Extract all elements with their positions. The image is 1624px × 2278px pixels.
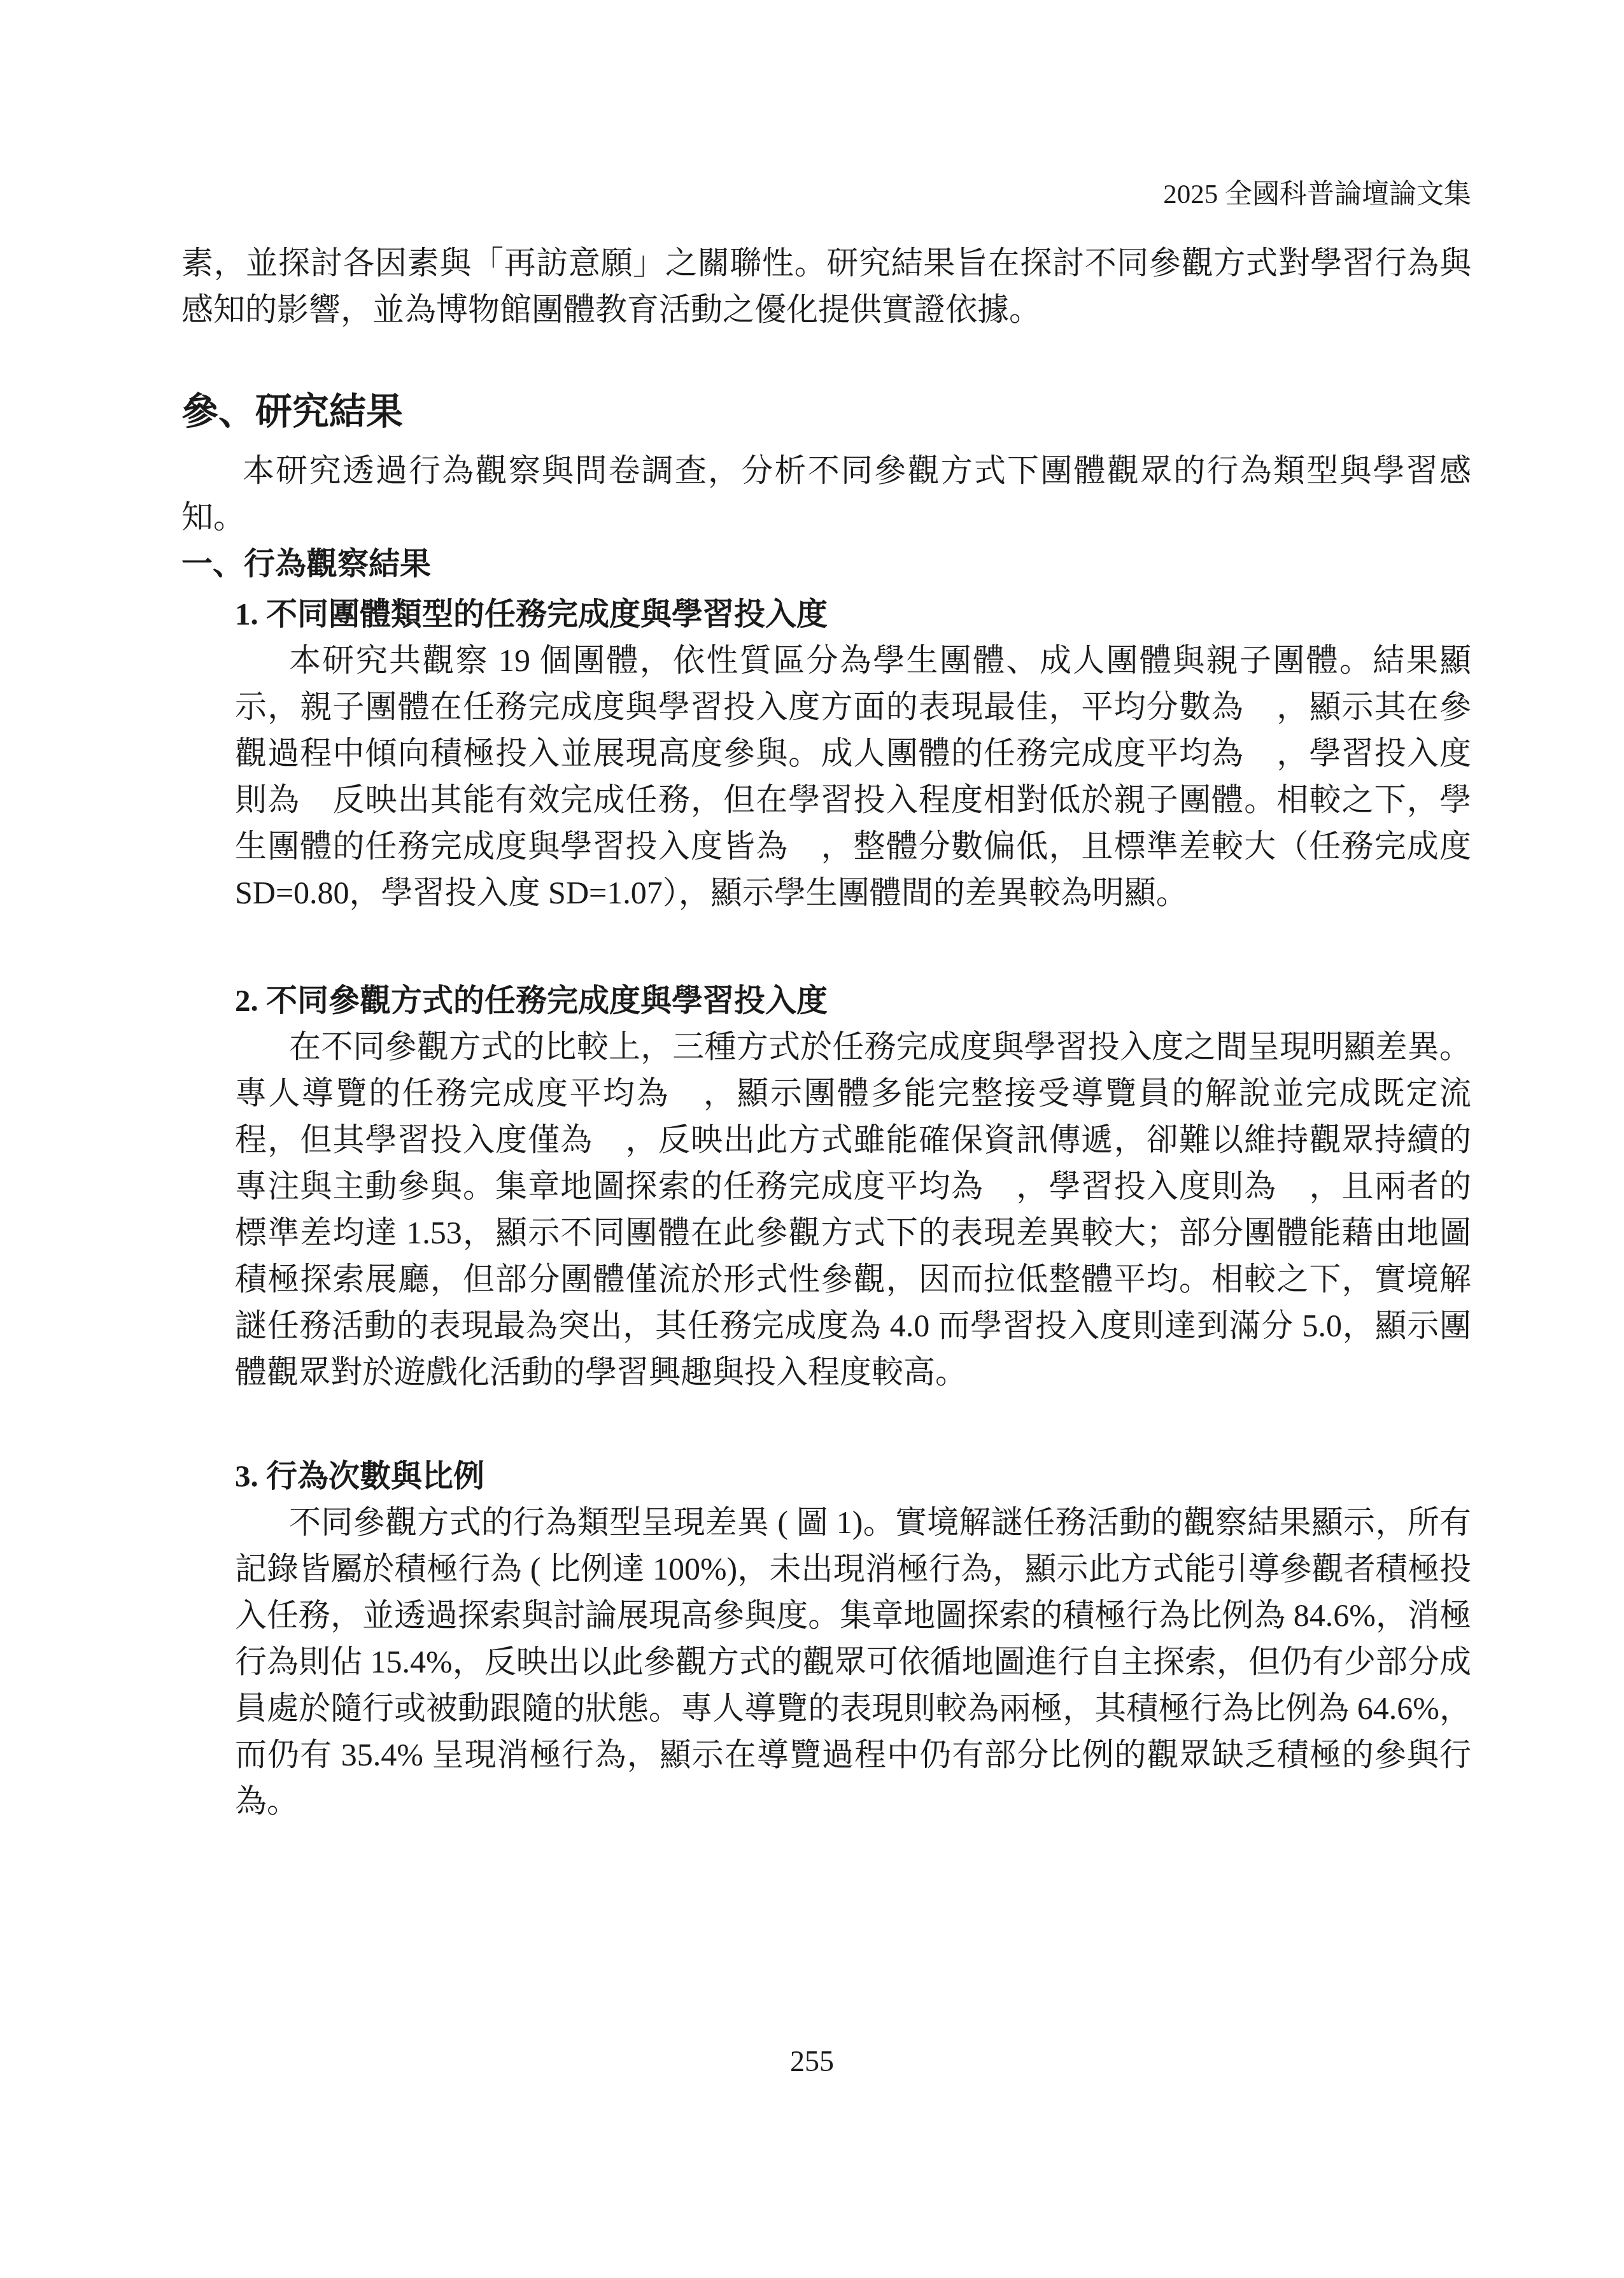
section-heading-results: 參、研究結果 [181,387,403,437]
subsection-3-body: 不同參觀方式的行為類型呈現差異 ( 圖 1)。實境解謎任務活動的觀察結果顯示，所… [235,1499,1471,1825]
page-number: 255 [0,2042,1624,2081]
subsection-3: 3. 行為次數與比例 不同參觀方式的行為類型呈現差異 ( 圖 1)。實境解謎任務… [235,1453,1471,1825]
subsection-heading-behavior-observation: 一、行為觀察結果 [181,541,431,587]
numbered-heading-2: 2. 不同參觀方式的任務完成度與學習投入度 [235,977,1471,1024]
subsection-1: 1. 不同團體類型的任務完成度與學習投入度 本研究共觀察 19 個團體，依性質區… [235,591,1471,916]
subsection-2-body: 在不同參觀方式的比較上，三種方式於任務完成度與學習投入度之間呈現明顯差異。專人導… [235,1024,1471,1396]
paper-page: 2025 全國科普論壇論文集 素，並探討各因素與「再訪意願」之關聯性。研究結果旨… [0,0,1624,2278]
continuation-paragraph: 素，並探討各因素與「再訪意願」之關聯性。研究結果旨在探討不同參觀方式對學習行為與… [181,240,1471,333]
section-intro-paragraph: 本研究透過行為觀察與問卷調查，分析不同參觀方式下團體觀眾的行為類型與學習感知。 [181,448,1471,541]
running-header: 2025 全國科普論壇論文集 [181,178,1471,211]
numbered-heading-1: 1. 不同團體類型的任務完成度與學習投入度 [235,591,1471,637]
subsection-2: 2. 不同參觀方式的任務完成度與學習投入度 在不同參觀方式的比較上，三種方式於任… [235,977,1471,1396]
numbered-heading-3: 3. 行為次數與比例 [235,1453,1471,1499]
subsection-1-body: 本研究共觀察 19 個團體，依性質區分為學生團體、成人團體與親子團體。結果顯示，… [235,637,1471,916]
